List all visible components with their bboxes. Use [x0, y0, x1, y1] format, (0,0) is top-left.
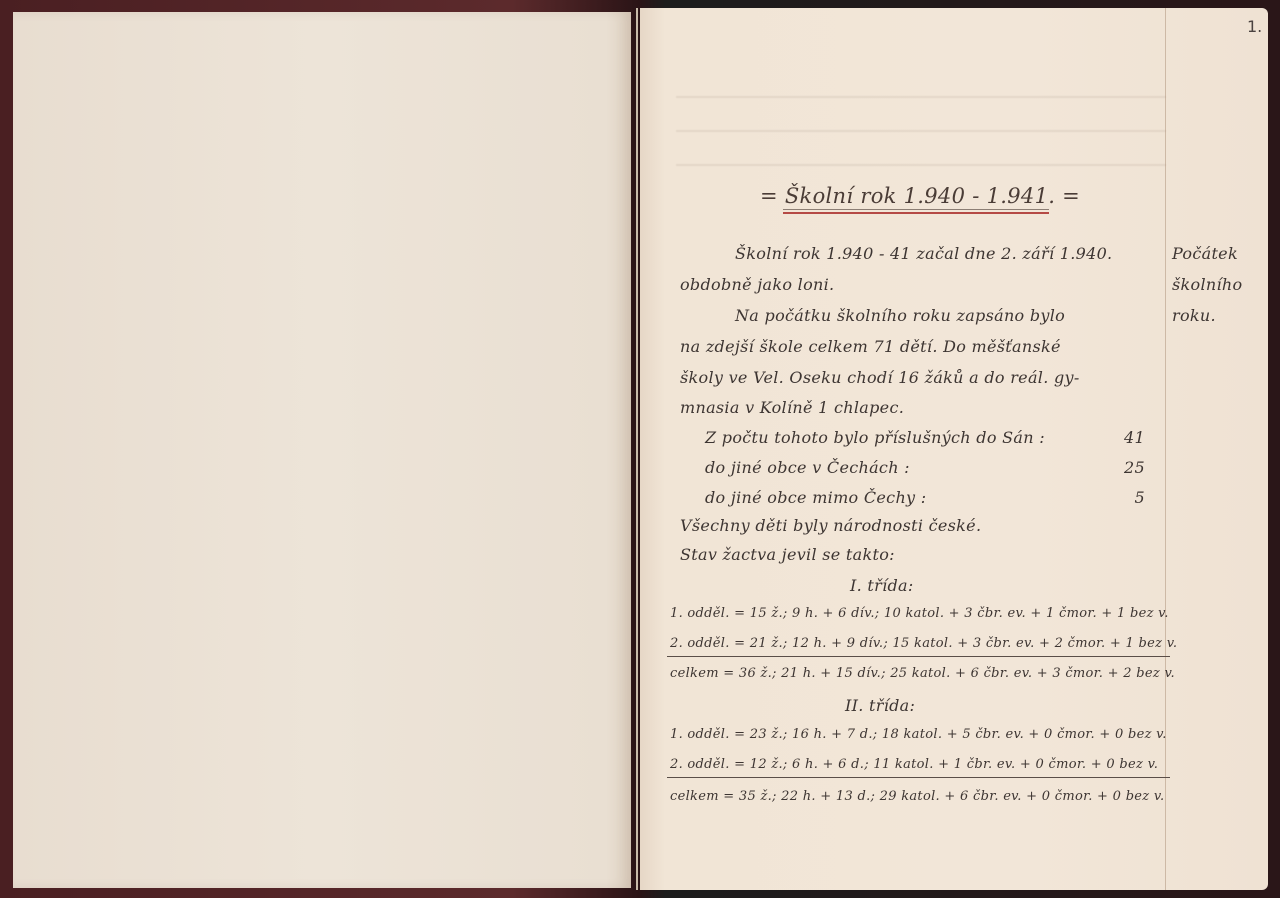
residence-stat-label: do jiné obce mimo Čechy :	[705, 488, 926, 507]
nationality-line: Všechny děti byly národnosti české.	[680, 516, 981, 535]
page-number: 1.	[1247, 17, 1262, 36]
residence-stat-value: 41	[1124, 428, 1145, 447]
sum-rule	[667, 656, 1170, 657]
paragraph-line: školy ve Vel. Oseku chodí 16 žáků a do r…	[680, 368, 1080, 387]
class-heading: I. třída:	[850, 576, 914, 595]
paragraph-line: obdobně jako loni.	[680, 275, 834, 294]
class-row: 1. odděl. = 15 ž.; 9 h. + 6 dív.; 10 kat…	[670, 606, 1169, 621]
class-row: 2. odděl. = 12 ž.; 6 h. + 6 d.; 11 katol…	[670, 757, 1158, 772]
class-total: celkem = 35 ž.; 22 h. + 13 d.; 29 katol.…	[670, 789, 1164, 804]
residence-stat-row: do jiné obce mimo Čechy : 5	[705, 488, 1145, 507]
book-gutter	[636, 8, 638, 890]
residence-stat-label: Z počtu tohoto bylo příslušných do Sán :	[705, 428, 1045, 447]
paragraph-line: na zdejší škole celkem 71 dětí. Do měšťa…	[680, 337, 1061, 356]
margin-note-line: školního	[1172, 275, 1242, 294]
residence-stat-row: do jiné obce v Čechách : 25	[705, 458, 1145, 477]
residence-stat-value: 5	[1135, 488, 1145, 507]
page-title: = Školní rok 1.940 - 1.941. =	[760, 184, 1080, 208]
residence-stat-value: 25	[1124, 458, 1145, 477]
margin-note-line: Počátek	[1172, 244, 1238, 263]
ink-bleed-through	[676, 82, 1166, 197]
title-underline-red	[783, 212, 1049, 214]
paragraph-line: Školní rok 1.940 - 41 začal dne 2. září …	[735, 244, 1112, 263]
paragraph-line: Na počátku školního roku zapsáno bylo	[735, 306, 1065, 325]
residence-stat-row: Z počtu tohoto bylo příslušných do Sán :…	[705, 428, 1145, 447]
title-underline	[783, 209, 1049, 210]
class-heading: II. třída:	[845, 696, 915, 715]
paragraph-line: mnasia v Kolíně 1 chlapec.	[680, 398, 904, 417]
class-row: 1. odděl. = 23 ž.; 16 h. + 7 d.; 18 kato…	[670, 727, 1167, 742]
left-page-blank	[13, 12, 631, 888]
margin-note-line: roku.	[1172, 306, 1216, 325]
class-row: 2. odděl. = 21 ž.; 12 h. + 9 dív.; 15 ka…	[670, 636, 1177, 651]
residence-stat-label: do jiné obce v Čechách :	[705, 458, 910, 477]
stats-intro-line: Stav žactva jevil se takto:	[680, 545, 895, 564]
class-total: celkem = 36 ž.; 21 h. + 15 dív.; 25 kato…	[670, 666, 1175, 681]
sum-rule	[667, 777, 1170, 778]
